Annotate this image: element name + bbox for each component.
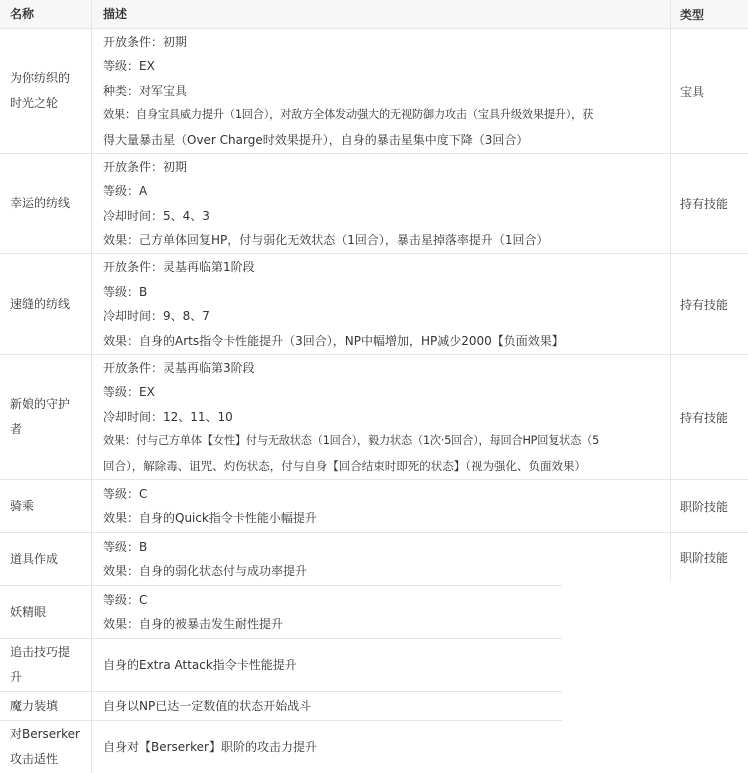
- table-header-row: 名称 描述 类型: [0, 0, 748, 29]
- skill-desc-cell: 等级：C 效果：自身的Quick指令卡性能小幅提升: [92, 480, 670, 532]
- desc-line: 效果：自身宝具威力提升（1回合），对敌方全体发动强大的无视防御力攻击（宝具升级效…: [103, 103, 662, 128]
- table-row: 新娘的守护 者 开放条件：灵基再临第3阶段 等级：EX 冷却时间：12、11、1…: [0, 355, 748, 480]
- skill-name-cell: 追击技巧提 升: [0, 639, 92, 691]
- skill-name-cell: 新娘的守护 者: [0, 355, 92, 479]
- skill-name-cell: 速缝的纺线: [0, 254, 92, 354]
- header-desc: 描述: [92, 0, 670, 28]
- desc-line: 开放条件：初期: [103, 30, 662, 55]
- header-name-label: 名称: [10, 0, 85, 29]
- table-row: 为你纺织的 时光之轮 开放条件：初期 等级：EX 种类：对军宝具 效果：自身宝具…: [0, 29, 748, 154]
- desc-line: 自身的Extra Attack指令卡性能提升: [103, 653, 554, 678]
- desc-line: 等级：B: [103, 535, 554, 560]
- skill-desc-cell: 开放条件：初期 等级：A 冷却时间：5、4、3 效果：己方单体回复HP，付与弱化…: [92, 154, 670, 253]
- desc-line: 种类：对军宝具: [103, 79, 662, 104]
- desc-line: 回合），解除毒、诅咒、灼伤状态，付与自身【回合结束时即死的状态】（视为强化、负面…: [103, 454, 662, 479]
- skill-name: 者: [10, 417, 85, 442]
- skill-name-cell: 为你纺织的 时光之轮: [0, 29, 92, 153]
- desc-line: 等级：EX: [103, 54, 662, 79]
- desc-line: 效果：自身的Quick指令卡性能小幅提升: [103, 506, 662, 531]
- skill-name: 魔力装填: [10, 694, 85, 719]
- table-row: 妖精眼 等级：C 效果：自身的被暴击发生耐性提升: [0, 586, 562, 639]
- table-row: 对Berserker 攻击适性 自身对【Berserker】职阶的攻击力提升: [0, 721, 562, 773]
- header-desc-label: 描述: [103, 0, 662, 29]
- skill-type: 持有技能: [680, 296, 748, 313]
- skill-name: 追击技巧提: [10, 640, 85, 665]
- desc-line: 等级：C: [103, 482, 662, 507]
- skill-name: 幸运的纺线: [10, 191, 85, 216]
- skill-type-cell: 持有技能: [670, 254, 748, 354]
- desc-line: 冷却时间：12、11、10: [103, 405, 662, 430]
- skill-type-cell: 宝具: [670, 29, 748, 153]
- skill-desc-cell: 自身对【Berserker】职阶的攻击力提升: [92, 721, 562, 773]
- skill-name: 速缝的纺线: [10, 292, 85, 317]
- header-name: 名称: [0, 0, 92, 28]
- table-row: 幸运的纺线 开放条件：初期 等级：A 冷却时间：5、4、3 效果：己方单体回复H…: [0, 154, 748, 254]
- desc-line: 开放条件：初期: [103, 155, 662, 180]
- skill-name: 升: [10, 665, 85, 690]
- skill-type-cell: 职阶技能: [670, 480, 748, 532]
- desc-line: 等级：C: [103, 588, 554, 613]
- skill-desc-cell: 自身的Extra Attack指令卡性能提升: [92, 639, 562, 691]
- header-type-label: 类型: [680, 6, 748, 23]
- skill-name: 新娘的守护: [10, 392, 85, 417]
- table-row: 骑乘 等级：C 效果：自身的Quick指令卡性能小幅提升 职阶技能: [0, 480, 748, 533]
- skill-name-cell: 骑乘: [0, 480, 92, 532]
- desc-line: 效果：己方单体回复HP，付与弱化无效状态（1回合），暴击星掉落率提升（1回合）: [103, 228, 662, 253]
- skill-desc-cell: 等级：C 效果：自身的被暴击发生耐性提升: [92, 586, 562, 638]
- skill-type: 持有技能: [680, 195, 748, 212]
- table-row: 速缝的纺线 开放条件：灵基再临第1阶段 等级：B 冷却时间：9、8、7 效果：自…: [0, 254, 748, 355]
- skill-desc-cell: 自身以NP已达一定数值的状态开始战斗: [92, 692, 562, 720]
- skill-type-cell: 职阶技能: [670, 533, 748, 581]
- desc-line: 等级：EX: [103, 380, 662, 405]
- skill-desc-cell: 开放条件：初期 等级：EX 种类：对军宝具 效果：自身宝具威力提升（1回合），对…: [92, 29, 670, 153]
- skill-type: 职阶技能: [680, 549, 748, 566]
- desc-line: 自身以NP已达一定数值的状态开始战斗: [103, 694, 554, 719]
- skill-name: 道具作成: [10, 547, 85, 572]
- desc-line: 等级：B: [103, 280, 662, 305]
- skill-name: 时光之轮: [10, 91, 85, 116]
- desc-line: 效果：自身的被暴击发生耐性提升: [103, 612, 554, 637]
- desc-line: 效果：自身的Arts指令卡性能提升（3回合），NP中幅增加，HP减少2000【负…: [103, 329, 662, 354]
- desc-line: 得大量暴击星（Over Charge时效果提升），自身的暴击星集中度下降（3回合…: [103, 128, 662, 153]
- table-row: 追击技巧提 升 自身的Extra Attack指令卡性能提升: [0, 639, 562, 692]
- skill-name-cell: 幸运的纺线: [0, 154, 92, 253]
- skill-name-cell: 妖精眼: [0, 586, 92, 638]
- skill-desc-cell: 开放条件：灵基再临第1阶段 等级：B 冷却时间：9、8、7 效果：自身的Arts…: [92, 254, 670, 354]
- table-row: 魔力装填 自身以NP已达一定数值的状态开始战斗: [0, 692, 562, 721]
- skill-type: 宝具: [680, 83, 748, 100]
- skill-type: 持有技能: [680, 409, 748, 426]
- skill-desc-cell: 开放条件：灵基再临第3阶段 等级：EX 冷却时间：12、11、10 效果：付与己…: [92, 355, 670, 479]
- table-row: 道具作成 等级：B 效果：自身的弱化状态付与成功率提升: [0, 533, 562, 586]
- header-type: 类型: [670, 0, 748, 28]
- skill-type-cell: 持有技能: [670, 355, 748, 479]
- skill-name-cell: 道具作成: [0, 533, 92, 585]
- desc-line: 等级：A: [103, 179, 662, 204]
- skill-name: 为你纺织的: [10, 66, 85, 91]
- skill-name: 攻击适性: [10, 747, 85, 772]
- skill-type-cell: 持有技能: [670, 154, 748, 253]
- skill-desc-cell: 等级：B 效果：自身的弱化状态付与成功率提升: [92, 533, 562, 585]
- skill-name: 骑乘: [10, 494, 85, 519]
- desc-line: 开放条件：灵基再临第3阶段: [103, 356, 662, 381]
- desc-line: 冷却时间：5、4、3: [103, 204, 662, 229]
- skill-type: 职阶技能: [680, 498, 748, 515]
- desc-line: 效果：付与己方单体【女性】付与无敌状态（1回合），毅力状态（1次·5回合），每回…: [103, 429, 662, 454]
- desc-line: 冷却时间：9、8、7: [103, 304, 662, 329]
- skill-name-cell: 魔力装填: [0, 692, 92, 720]
- desc-line: 开放条件：灵基再临第1阶段: [103, 255, 662, 280]
- skill-name: 对Berserker: [10, 722, 85, 747]
- skill-name-cell: 对Berserker 攻击适性: [0, 721, 92, 773]
- skill-name: 妖精眼: [10, 600, 85, 625]
- desc-line: 效果：自身的弱化状态付与成功率提升: [103, 559, 554, 584]
- desc-line: 自身对【Berserker】职阶的攻击力提升: [103, 735, 554, 760]
